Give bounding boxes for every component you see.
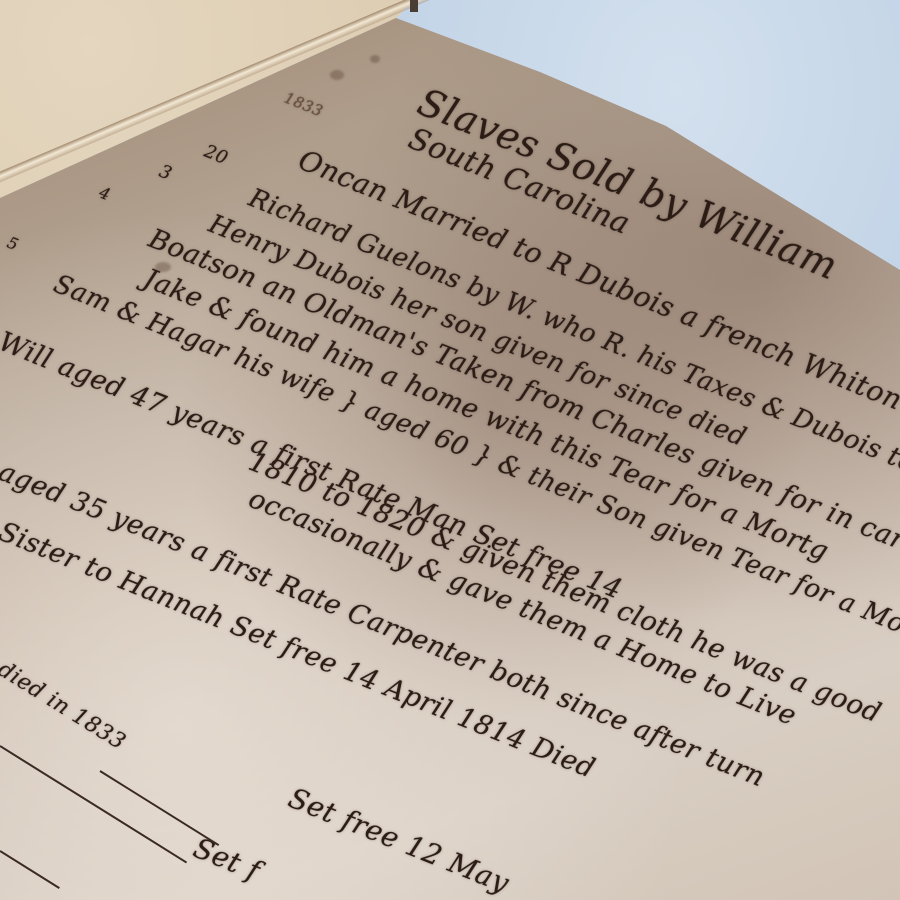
ruled-line	[99, 770, 219, 846]
photo-scene: Slaves Sold by William South Carolina 18…	[0, 0, 900, 900]
heading-title: Slaves Sold by William	[412, 80, 844, 289]
entry-line: Set free 12 May	[284, 781, 514, 900]
margin-note: 20	[201, 141, 231, 169]
ruled-line	[0, 850, 60, 889]
margin-year: 1833	[282, 89, 326, 121]
death-note: died in 1833	[0, 657, 130, 755]
margin-note: 5	[4, 233, 21, 255]
binding-tie	[410, 0, 418, 12]
ruled-line	[0, 745, 187, 863]
margin-note: 4	[96, 183, 113, 205]
margin-note: 3	[156, 161, 175, 185]
ink-stain	[330, 70, 344, 80]
entry-line: Set f	[189, 831, 265, 887]
ink-stain	[370, 55, 380, 63]
